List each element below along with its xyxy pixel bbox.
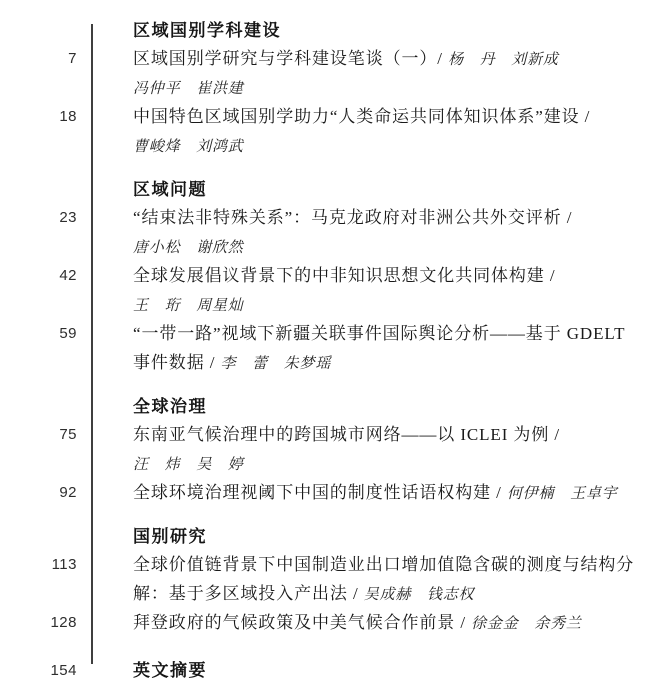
- entry-title: 东南亚气候治理中的跨国城市网络——以 ICLEI 为例 /: [133, 425, 560, 444]
- page-number: 7: [0, 45, 77, 73]
- toc-entry-line: 128拜登政府的气候政策及中美气候合作前景 / 徐金金 余秀兰: [0, 609, 660, 638]
- entry-title: 全球环境治理视阈下中国的制度性话语权构建 /: [133, 483, 507, 502]
- toc-entry-line: 7区域国别学研究与学科建设笔谈（一）/ 杨 丹 刘新成: [0, 45, 660, 74]
- entry-text: 全球环境治理视阈下中国的制度性话语权构建 / 何伊楠 王卓宇: [133, 479, 654, 508]
- toc-entry-line: 23“结束法非特殊关系”：马克龙政府对非洲公共外交评析 /: [0, 204, 660, 233]
- entry-authors: 王 珩 周星灿: [133, 296, 244, 314]
- page-number: 128: [0, 609, 77, 637]
- page-number: 23: [0, 204, 77, 232]
- toc-entry-line: 75东南亚气候治理中的跨国城市网络——以 ICLEI 为例 /: [0, 421, 660, 450]
- entry-title: 中国特色区域国别学助力“人类命运共同体知识体系”建设 /: [133, 107, 590, 126]
- page-number: 42: [0, 262, 77, 290]
- toc-entry-line: 92全球环境治理视阈下中国的制度性话语权构建 / 何伊楠 王卓宇: [0, 479, 660, 508]
- toc-entry-line: 王 珩 周星灿: [0, 291, 660, 320]
- entry-title: 全球价值链背景下中国制造业出口增加值隐含碳的测度与结构分: [133, 555, 634, 574]
- toc-entry-line: 154英文摘要: [0, 657, 660, 686]
- section-heading: 区域问题: [0, 176, 660, 204]
- entry-text: 全球价值链背景下中国制造业出口增加值隐含碳的测度与结构分: [133, 551, 654, 580]
- entry-title: 解：基于多区域投入产出法 /: [133, 584, 364, 603]
- toc-entry-line: 曹峻烽 刘鸿武: [0, 132, 660, 161]
- toc-entry-line: 18中国特色区域国别学助力“人类命运共同体知识体系”建设 /: [0, 103, 660, 132]
- entry-text: 冯仲平 崔洪建: [133, 74, 654, 103]
- toc-entry-line: 冯仲平 崔洪建: [0, 74, 660, 103]
- section-heading-label: 区域问题: [133, 176, 654, 204]
- entry-text: 拜登政府的气候政策及中美气候合作前景 / 徐金金 余秀兰: [133, 609, 654, 638]
- toc-entry-line: 汪 炜 吴 婷: [0, 450, 660, 479]
- toc-entry-line: 解：基于多区域投入产出法 / 吴成赫 钱志权: [0, 580, 660, 609]
- section-heading: 区域国别学科建设: [0, 17, 660, 45]
- entry-title: “一带一路”视域下新疆关联事件国际舆论分析——基于 GDELT: [133, 324, 625, 343]
- entry-authors: 何伊楠 王卓宇: [507, 484, 618, 502]
- entry-text: 全球发展倡议背景下的中非知识思想文化共同体构建 /: [133, 262, 654, 291]
- page-number: 92: [0, 479, 77, 507]
- section-heading-label: 国别研究: [133, 523, 654, 551]
- entry-text: 事件数据 / 李 蕾 朱梦瑶: [133, 349, 654, 378]
- toc-entry-line: 事件数据 / 李 蕾 朱梦瑶: [0, 349, 660, 378]
- toc-page: 区域国别学科建设7区域国别学研究与学科建设笔谈（一）/ 杨 丹 刘新成冯仲平 崔…: [0, 0, 660, 700]
- section-heading: 国别研究: [0, 523, 660, 551]
- section-heading-label: 全球治理: [133, 393, 654, 421]
- toc-entry-line: 唐小松 谢欣然: [0, 233, 660, 262]
- page-number: 154: [0, 657, 77, 685]
- entry-text: “一带一路”视域下新疆关联事件国际舆论分析——基于 GDELT: [133, 320, 654, 349]
- entry-text: 汪 炜 吴 婷: [133, 450, 654, 479]
- entry-text: 东南亚气候治理中的跨国城市网络——以 ICLEI 为例 /: [133, 421, 654, 450]
- entry-text: 解：基于多区域投入产出法 / 吴成赫 钱志权: [133, 580, 654, 609]
- entry-text: “结束法非特殊关系”：马克龙政府对非洲公共外交评析 /: [133, 204, 654, 233]
- entry-text: 唐小松 谢欣然: [133, 233, 654, 262]
- entry-title: 区域国别学研究与学科建设笔谈（一）/: [133, 49, 448, 68]
- entry-text: 曹峻烽 刘鸿武: [133, 132, 654, 161]
- entry-authors: 唐小松 谢欣然: [133, 238, 244, 256]
- entry-title: 事件数据 /: [133, 353, 221, 372]
- entry-title: 拜登政府的气候政策及中美气候合作前景 /: [133, 613, 471, 632]
- entry-text: 英文摘要: [133, 657, 654, 686]
- page-number: 75: [0, 421, 77, 449]
- toc-entry-line: 113全球价值链背景下中国制造业出口增加值隐含碳的测度与结构分: [0, 551, 660, 580]
- entry-authors: 李 蕾 朱梦瑶: [221, 354, 332, 372]
- toc-entry-line: 42全球发展倡议背景下的中非知识思想文化共同体构建 /: [0, 262, 660, 291]
- entry-authors: 汪 炜 吴 婷: [133, 455, 244, 473]
- page-number: 113: [0, 551, 77, 579]
- page-number: 59: [0, 320, 77, 348]
- entry-authors: 曹峻烽 刘鸿武: [133, 137, 244, 155]
- entry-text: 区域国别学研究与学科建设笔谈（一）/ 杨 丹 刘新成: [133, 45, 654, 74]
- section-heading-label: 区域国别学科建设: [133, 17, 654, 45]
- entry-authors: 杨 丹 刘新成: [448, 50, 559, 68]
- entry-title: 全球发展倡议背景下的中非知识思想文化共同体构建 /: [133, 266, 555, 285]
- page-number: 18: [0, 103, 77, 131]
- toc-body: 区域国别学科建设7区域国别学研究与学科建设笔谈（一）/ 杨 丹 刘新成冯仲平 崔…: [0, 17, 660, 686]
- entry-authors: 吴成赫 钱志权: [364, 585, 475, 603]
- toc-entry-line: 59“一带一路”视域下新疆关联事件国际舆论分析——基于 GDELT: [0, 320, 660, 349]
- entry-text: 中国特色区域国别学助力“人类命运共同体知识体系”建设 /: [133, 103, 654, 132]
- entry-authors: 冯仲平 崔洪建: [133, 79, 244, 97]
- entry-authors: 徐金金 余秀兰: [471, 614, 582, 632]
- entry-text: 王 珩 周星灿: [133, 291, 654, 320]
- section-heading: 全球治理: [0, 393, 660, 421]
- summary-heading-label: 英文摘要: [133, 661, 207, 680]
- entry-title: “结束法非特殊关系”：马克龙政府对非洲公共外交评析 /: [133, 208, 572, 227]
